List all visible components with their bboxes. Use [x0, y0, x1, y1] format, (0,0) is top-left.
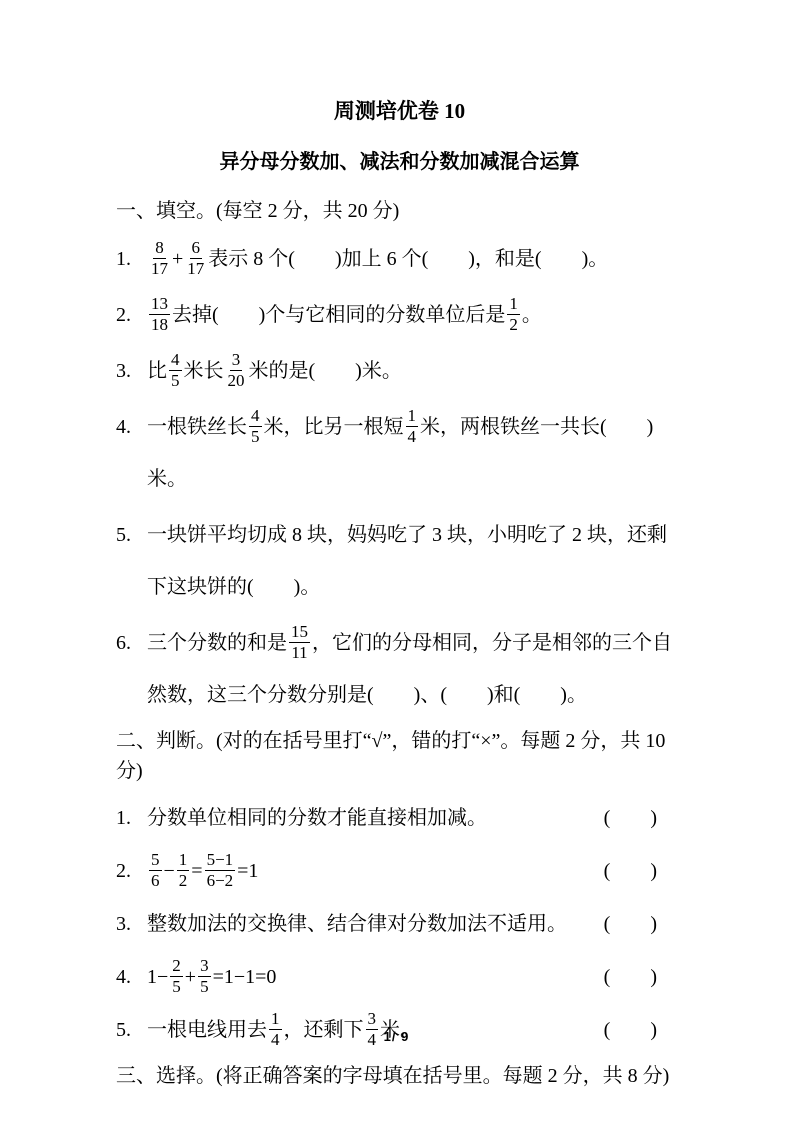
fraction: 45 [249, 406, 262, 446]
question-text: 比45米长320米的是( )米。 [147, 345, 683, 397]
fraction-denominator: 20 [226, 371, 247, 391]
question: 5.一块饼平均切成 8 块，妈妈吃了 3 块，小明吃了 2 块，还剩下这块饼的(… [116, 509, 683, 613]
fraction-numerator: 3 [198, 956, 211, 977]
question-number: 4. [116, 401, 147, 505]
fraction-denominator: 11 [289, 643, 309, 663]
fraction-denominator: 5 [170, 977, 183, 997]
fraction-denominator: 2 [507, 315, 520, 335]
question: 2.1318去掉( )个与它相同的分数单位后是12。 [116, 289, 683, 341]
section-heading: 三、选择。(将正确答案的字母填在括号里。每题 2 分，共 8 分) [116, 1061, 683, 1091]
fraction: 56 [149, 850, 162, 890]
question-number: 6. [116, 617, 147, 721]
fraction: 12 [177, 850, 190, 890]
fraction-denominator: 4 [406, 427, 419, 447]
question-number: 2. [116, 289, 147, 341]
question-text: 1−25+35=1−1=0 [147, 952, 594, 1003]
fraction-denominator: 17 [149, 259, 170, 279]
section-heading: 一、填空。(每空 2 分，共 20 分) [116, 196, 683, 226]
fraction: 1511 [289, 622, 310, 662]
question: 1.817+617表示 8 个( )加上 6 个( )，和是( )。 [116, 233, 683, 285]
fraction-denominator: 6−2 [205, 871, 236, 891]
section: 二、判断。(对的在括号里打“√”，错的打“×”。每题 2 分，共 10 分)1.… [116, 726, 683, 1056]
fraction-numerator: 4 [249, 406, 262, 427]
question-text: 三个分数的和是1511，它们的分母相同，分子是相邻的三个自然数，这三个分数分别是… [147, 617, 683, 721]
fraction-numerator: 1 [507, 294, 520, 315]
fraction-numerator: 3 [230, 350, 243, 371]
fraction-numerator: 8 [153, 238, 166, 259]
question-text: 一根铁丝长45米，比另一根短14米，两根铁丝一共长( )米。 [147, 401, 683, 505]
fraction: 817 [149, 238, 170, 278]
fraction: 35 [198, 956, 211, 996]
question-text: 817+617表示 8 个( )加上 6 个( )，和是( )。 [147, 233, 683, 285]
worksheet-content: 一、填空。(每空 2 分，共 20 分)1.817+617表示 8 个( )加上… [116, 196, 683, 1091]
fraction-numerator: 5−1 [205, 850, 236, 871]
question-number: 1. [116, 793, 147, 844]
answer-blank: ( ) [604, 846, 657, 897]
fraction-numerator: 1 [269, 1009, 282, 1030]
fraction-denominator: 5 [169, 371, 182, 391]
page-title: 周测培优卷 10 [116, 99, 683, 124]
question-number: 2. [116, 846, 147, 897]
question-text: 1318去掉( )个与它相同的分数单位后是12。 [147, 289, 683, 341]
fraction-denominator: 17 [185, 259, 206, 279]
answer-blank: ( ) [604, 793, 657, 844]
question: 6.三个分数的和是1511，它们的分母相同，分子是相邻的三个自然数，这三个分数分… [116, 617, 683, 721]
fraction: 5−16−2 [205, 850, 236, 890]
fraction-denominator: 6 [149, 871, 162, 891]
section-heading: 二、判断。(对的在括号里打“√”，错的打“×”。每题 2 分，共 10 分) [116, 726, 683, 786]
fraction-numerator: 6 [190, 238, 203, 259]
worksheet-page: 周测培优卷 10 异分母分数加、减法和分数加减混合运算 一、填空。(每空 2 分… [0, 0, 793, 1091]
answer-blank: ( ) [604, 899, 657, 950]
question-number: 4. [116, 952, 147, 1003]
fraction-denominator: 18 [149, 315, 170, 335]
question-number: 3. [116, 345, 147, 397]
fraction-numerator: 1 [177, 850, 190, 871]
question: 3.比45米长320米的是( )米。 [116, 345, 683, 397]
question-number: 3. [116, 899, 147, 950]
question: 4.一根铁丝长45米，比另一根短14米，两根铁丝一共长( )米。 [116, 401, 683, 505]
fraction-numerator: 2 [170, 956, 183, 977]
question-text: 整数加法的交换律、结合律对分数加法不适用。 [147, 899, 594, 950]
section: 三、选择。(将正确答案的字母填在括号里。每题 2 分，共 8 分) [116, 1061, 683, 1091]
fraction: 14 [406, 406, 419, 446]
fraction-numerator: 4 [169, 350, 182, 371]
fraction-numerator: 15 [289, 622, 310, 643]
fraction-denominator: 5 [198, 977, 211, 997]
question: 3.整数加法的交换律、结合律对分数加法不适用。( ) [116, 899, 683, 950]
fraction-denominator: 2 [177, 871, 190, 891]
question: 1.分数单位相同的分数才能直接相加减。( ) [116, 793, 683, 844]
page-subtitle: 异分母分数加、减法和分数加减混合运算 [116, 150, 683, 174]
fraction-numerator: 1 [406, 406, 419, 427]
question-text: 一块饼平均切成 8 块，妈妈吃了 3 块，小明吃了 2 块，还剩下这块饼的( )… [147, 509, 683, 613]
fraction: 617 [185, 238, 206, 278]
fraction: 45 [169, 350, 182, 390]
page-number: 1/ 9 [0, 1029, 793, 1044]
fraction: 320 [226, 350, 247, 390]
question-text: 56−12=5−16−2=1 [147, 846, 594, 897]
question-number: 1. [116, 233, 147, 285]
fraction-numerator: 3 [366, 1009, 379, 1030]
question: 4.1−25+35=1−1=0( ) [116, 952, 683, 1003]
fraction: 25 [170, 956, 183, 996]
fraction: 1318 [149, 294, 170, 334]
section: 一、填空。(每空 2 分，共 20 分)1.817+617表示 8 个( )加上… [116, 196, 683, 721]
fraction-numerator: 13 [149, 294, 170, 315]
fraction-numerator: 5 [149, 850, 162, 871]
fraction: 12 [507, 294, 520, 334]
fraction-denominator: 5 [249, 427, 262, 447]
question-number: 5. [116, 509, 147, 613]
question-text: 分数单位相同的分数才能直接相加减。 [147, 793, 594, 844]
question: 2.56−12=5−16−2=1( ) [116, 846, 683, 897]
answer-blank: ( ) [604, 952, 657, 1003]
